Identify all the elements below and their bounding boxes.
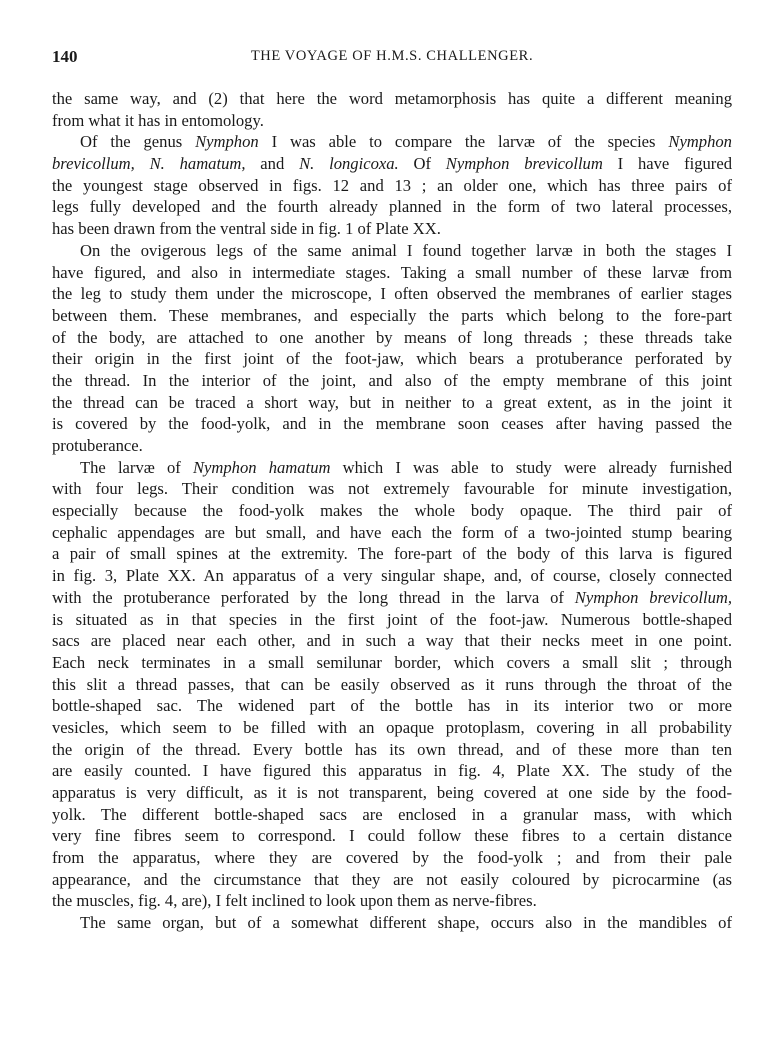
body-text: the same way, and (2) that here the word…: [52, 88, 732, 934]
text-run: the origin of the thread. Every bottle h…: [52, 740, 732, 759]
text-line: bottle-shaped sac. The widened part of t…: [52, 695, 732, 717]
text-run: sacs are placed near each other, and in …: [52, 631, 732, 650]
text-run: are easily counted. I have figured this …: [52, 761, 732, 780]
text-line: a pair of small spines at the extremity.…: [52, 543, 732, 565]
text-line: cephalic appendages are but small, and h…: [52, 522, 732, 544]
text-run: the thread. In the interior of the joint…: [52, 371, 732, 390]
text-run: of the body, are attached to one another…: [52, 328, 732, 347]
running-title: THE VOYAGE OF H.M.S. CHALLENGER.: [52, 48, 732, 65]
text-run: yolk. The different bottle-shaped sacs a…: [52, 805, 732, 824]
text-line: The same organ, but of a somewhat differ…: [52, 912, 732, 934]
text-run: the same way, and (2) that here the word…: [52, 89, 732, 108]
text-line: appearance, and the circumstance that th…: [52, 869, 732, 891]
text-line: their origin in the first joint of the f…: [52, 348, 732, 370]
text-line: the leg to study them under the microsco…: [52, 283, 732, 305]
text-run: the muscles, fig. 4, are), I felt inclin…: [52, 891, 537, 910]
text-line: the thread can be traced a short way, bu…: [52, 392, 732, 414]
text-line: On the ovigerous legs of the same animal…: [52, 240, 732, 262]
italic-taxon-name: N. longicoxa.: [299, 154, 399, 173]
text-line: brevicollum, N. hamatum, and N. longicox…: [52, 153, 732, 175]
text-run: and: [246, 154, 300, 173]
text-run: is situated as in that species in the fi…: [52, 610, 732, 629]
text-run: vesicles, which seem to be filled with a…: [52, 718, 732, 737]
text-run: this slit a thread passes, that can be e…: [52, 675, 732, 694]
italic-taxon-name: brevicollum, N. hamatum,: [52, 154, 246, 173]
text-line: is situated as in that species in the fi…: [52, 609, 732, 631]
text-line: yolk. The different bottle-shaped sacs a…: [52, 804, 732, 826]
text-run: from the apparatus, where they are cover…: [52, 848, 732, 867]
text-line: protuberance.: [52, 435, 732, 457]
italic-taxon-name: Nymphon brevicollum: [446, 154, 603, 173]
text-run: On the ovigerous legs of the same animal…: [80, 241, 732, 260]
text-line: the origin of the thread. Every bottle h…: [52, 739, 732, 761]
text-run: Of the genus: [80, 132, 195, 151]
text-run: which I was able to study were already f…: [330, 458, 732, 477]
italic-taxon-name: Nymphon hamatum: [193, 458, 331, 477]
text-run: I have figured: [603, 154, 732, 173]
text-run: from what it has in entomology.: [52, 111, 264, 130]
text-run: Each neck terminates in a small semiluna…: [52, 653, 732, 672]
text-line: vesicles, which seem to be filled with a…: [52, 717, 732, 739]
text-run: has been drawn from the ventral side in …: [52, 219, 441, 238]
text-line: the same way, and (2) that here the word…: [52, 88, 732, 110]
text-line: from the apparatus, where they are cover…: [52, 847, 732, 869]
text-line: are easily counted. I have figured this …: [52, 760, 732, 782]
text-line: especially because the food-yolk makes t…: [52, 500, 732, 522]
text-run: apparatus is very difficult, as it is no…: [52, 783, 732, 802]
text-run: the thread can be traced a short way, bu…: [52, 393, 732, 412]
text-run: I was able to compare the larvæ of the s…: [259, 132, 669, 151]
text-run: appearance, and the circumstance that th…: [52, 870, 732, 889]
running-head: 140 THE VOYAGE OF H.M.S. CHALLENGER.: [52, 47, 732, 67]
text-run: the youngest stage observed in figs. 12 …: [52, 176, 732, 195]
text-line: Of the genus Nymphon I was able to compa…: [52, 131, 732, 153]
text-run: The larvæ of: [80, 458, 193, 477]
text-line: apparatus is very difficult, as it is no…: [52, 782, 732, 804]
text-line: with the protuberance perforated by the …: [52, 587, 732, 609]
text-line: The larvæ of Nymphon hamatum which I was…: [52, 457, 732, 479]
text-line: of the body, are attached to one another…: [52, 327, 732, 349]
text-run: between them. These membranes, and espec…: [52, 306, 732, 325]
text-run: the leg to study them under the microsco…: [52, 284, 732, 303]
text-line: from what it has in entomology.: [52, 110, 732, 132]
text-line: between them. These membranes, and espec…: [52, 305, 732, 327]
text-run: their origin in the first joint of the f…: [52, 349, 732, 368]
italic-taxon-name: Nymphon brevicollum,: [575, 588, 732, 607]
text-run: is covered by the food-yolk, and in the …: [52, 414, 732, 433]
italic-taxon-name: Nymphon: [668, 132, 732, 151]
text-run: have figured, and also in intermediate s…: [52, 263, 732, 282]
text-run: especially because the food-yolk makes t…: [52, 501, 732, 520]
text-line: Each neck terminates in a small semiluna…: [52, 652, 732, 674]
text-line: very fine fibres seem to correspond. I c…: [52, 825, 732, 847]
text-line: in fig. 3, Plate XX. An apparatus of a v…: [52, 565, 732, 587]
italic-taxon-name: Nymphon: [195, 132, 259, 151]
text-line: the muscles, fig. 4, are), I felt inclin…: [52, 890, 732, 912]
text-run: bottle-shaped sac. The widened part of t…: [52, 696, 732, 715]
text-line: have figured, and also in intermediate s…: [52, 262, 732, 284]
text-run: legs fully developed and the fourth alre…: [52, 197, 732, 216]
text-line: the youngest stage observed in figs. 12 …: [52, 175, 732, 197]
text-run: with four legs. Their condition was not …: [52, 479, 732, 498]
text-run: very fine fibres seem to correspond. I c…: [52, 826, 732, 845]
text-run: The same organ, but of a somewhat differ…: [80, 913, 732, 932]
text-line: has been drawn from the ventral side in …: [52, 218, 732, 240]
text-run: cephalic appendages are but small, and h…: [52, 523, 732, 542]
text-run: protuberance.: [52, 436, 143, 455]
text-line: legs fully developed and the fourth alre…: [52, 196, 732, 218]
text-line: is covered by the food-yolk, and in the …: [52, 413, 732, 435]
text-run: in fig. 3, Plate XX. An apparatus of a v…: [52, 566, 732, 585]
text-run: a pair of small spines at the extremity.…: [52, 544, 732, 563]
text-run: Of: [399, 154, 446, 173]
text-line: sacs are placed near each other, and in …: [52, 630, 732, 652]
text-run: with the protuberance perforated by the …: [52, 588, 575, 607]
text-line: the thread. In the interior of the joint…: [52, 370, 732, 392]
text-line: this slit a thread passes, that can be e…: [52, 674, 732, 696]
text-line: with four legs. Their condition was not …: [52, 478, 732, 500]
